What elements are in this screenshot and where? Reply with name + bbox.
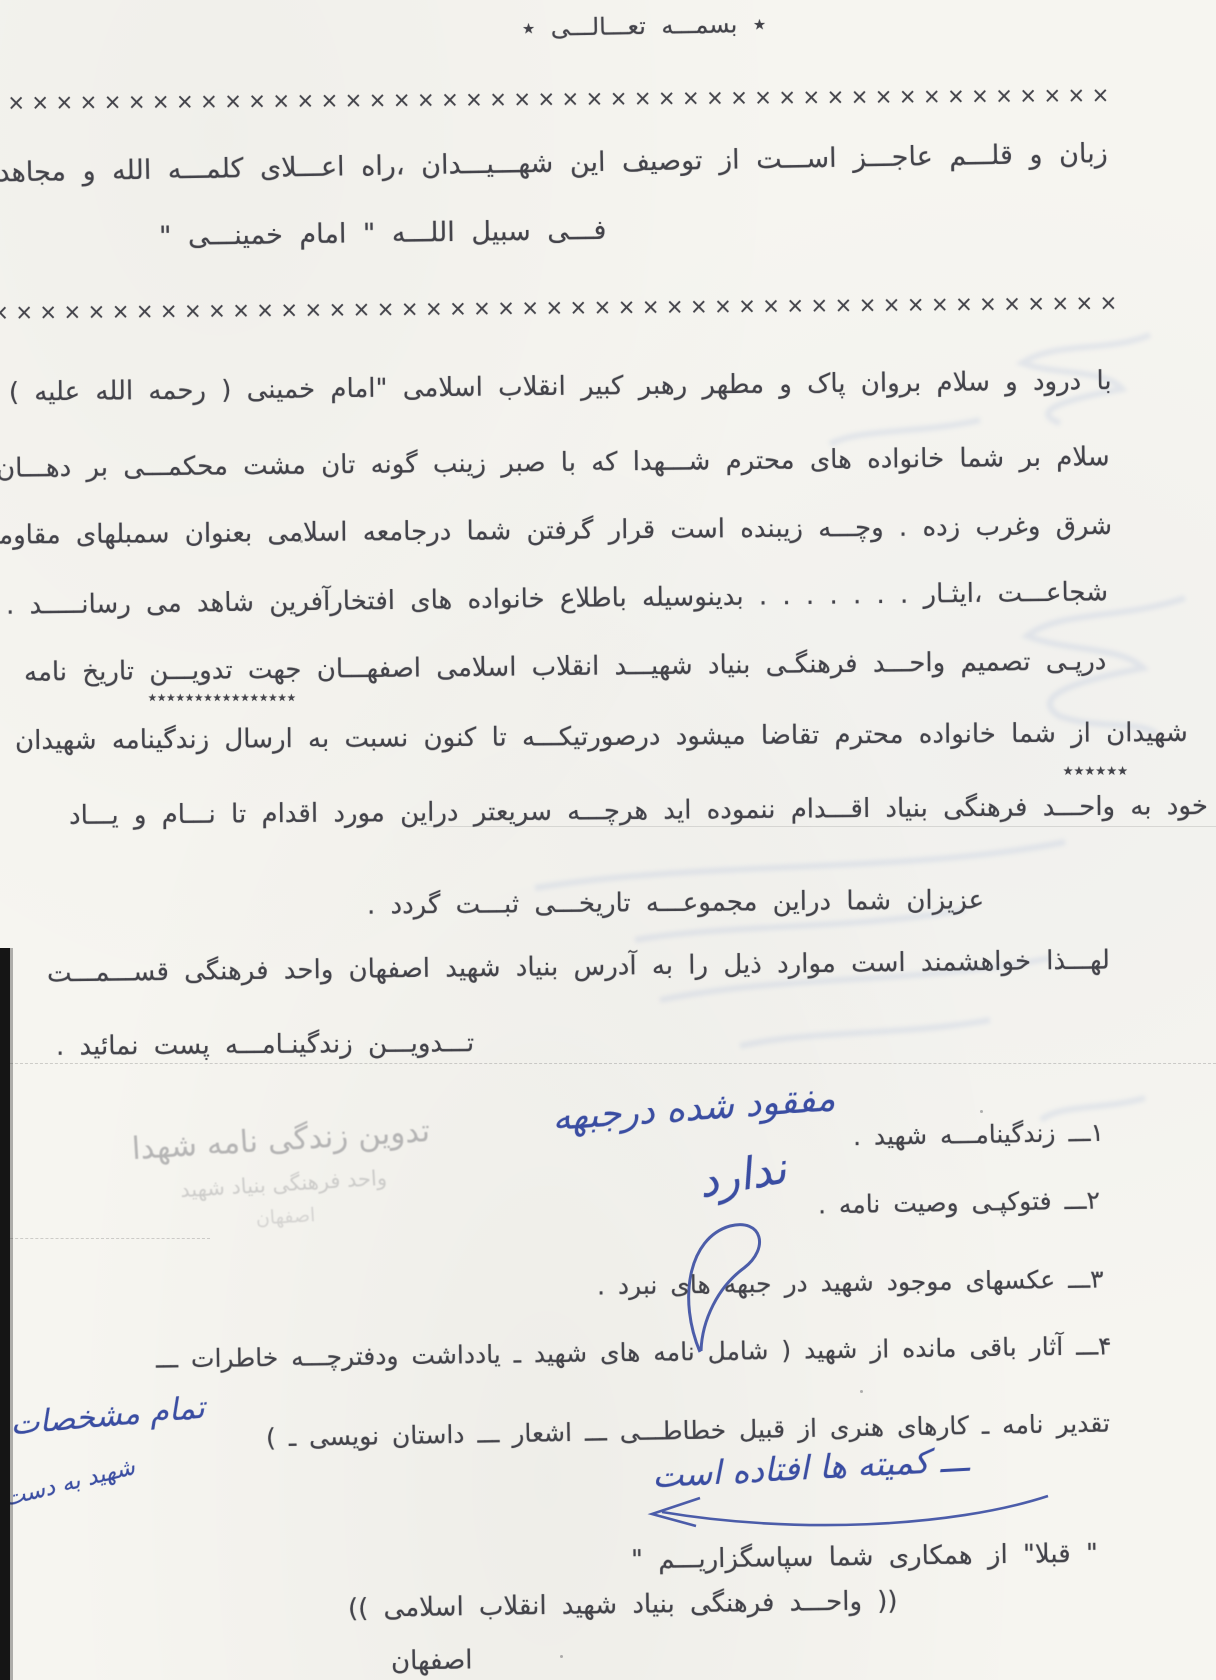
blue-margin-note-1: تمام مشخصات xyxy=(9,1390,206,1443)
scan-edge-shadow xyxy=(0,948,10,1680)
signature-city: اصفهان xyxy=(390,1645,472,1676)
blue-annotation-line: ـــ کمیته ها افتاده است xyxy=(651,1440,970,1496)
list-item-4-line-1: ۴ـــ آثار باقی مانده از شهید ( شامل نامه… xyxy=(156,1331,1112,1373)
blue-margin-note-2: شهید به دست xyxy=(1,1454,138,1512)
quote-line-2: فـــی سبیل اللـــه " امام خمینـــی " xyxy=(158,215,606,252)
x-separator-middle: ××××××××××××××××××××××××××××××××××××××××… xyxy=(0,291,1124,328)
body-line-5: درپـی تصمیم واحـــد فرهنگـی بنیاد شهیـــ… xyxy=(24,646,1107,687)
body-line-3: شرق وغرب زده . وچـــه زیبنده است قرار گر… xyxy=(0,511,1112,551)
closing-line: " قبلا" از همکاری شما سپاسگزاریـــم " xyxy=(631,1539,1098,1576)
body-line-7: خود به واحـــد فرهنگی بنیاد اقـــدام ننم… xyxy=(69,791,1208,831)
paper-speck xyxy=(860,1390,863,1393)
body-line-4: شجاعـــت ،ایثـار . . . . . . . بدینوسیله… xyxy=(6,577,1108,620)
scan-edge-line xyxy=(10,948,13,1680)
body-line-10: تـــدویـــن زندگینـامـــه پست نمائید . xyxy=(56,1028,474,1062)
list-item-4-line-2: تقدیر نامه ـ کارهای هنری از قبیل خطاطـــ… xyxy=(266,1409,1110,1453)
office-stamp: تدوین زندگی نامه شهدا واحد فرهنگی بنیاد … xyxy=(85,1110,481,1240)
bismillah-header: ٭ بسمـــه تعـــالـــی ٭ xyxy=(522,10,766,42)
fold-crease-2 xyxy=(0,1063,1216,1064)
x-separator-top: ××××××××××××××××××××××××××××××××××××××××… xyxy=(0,83,1116,117)
list-item-1: ۱ـــ زندگینامـــه شهید . xyxy=(853,1118,1104,1151)
star-separator-left: ٭٭٭٭٭٭٭٭٭٭٭٭٭٭٭٭ xyxy=(148,688,296,708)
scanned-letter-page: ٭ بسمـــه تعـــالـــی ٭ ××××××××××××××××… xyxy=(0,0,1216,1680)
body-line-6: شهیدان از شما خانواده محترم تقاضا میشود … xyxy=(15,718,1188,756)
blue-arrow-flourish xyxy=(652,1496,1048,1526)
fold-crease-3 xyxy=(0,1238,210,1239)
list-item-2: ۲ـــ فتوکپـی وصیت نامه . xyxy=(818,1186,1100,1220)
list-item-2-handwritten-note: ندارد xyxy=(694,1143,790,1209)
list-item-3: ۳ـــ عکسهای موجود شهید در جبهه های نبرد … xyxy=(597,1264,1104,1300)
quote-line-1: زبان و قلـــم عاجـــز اســـت از توصیف ای… xyxy=(0,138,1108,189)
body-line-1: با درود و سلام بروان پاک و مطهر رهبر کبی… xyxy=(0,366,1112,408)
paper-speck xyxy=(300,540,303,543)
fold-crease-1 xyxy=(426,826,1216,827)
body-line-9: لهـــذا خواهشمند است موارد ذیل را به آدر… xyxy=(47,946,1110,989)
body-line-8: عزیزان شما دراین مجموعـــه تاریخـــی ثبـ… xyxy=(367,885,984,920)
signature-line: (( واحـــد فرهنگی بنیاد شهید انقلاب اسلا… xyxy=(348,1586,898,1624)
stamp-line-1: تدوین زندگی نامه شهدا xyxy=(85,1110,476,1170)
paper-speck xyxy=(980,1110,983,1113)
list-item-1-handwritten-note: مفقود شده درجبهه xyxy=(551,1078,837,1139)
star-separator-right: ٭٭٭٭٭٭ xyxy=(1063,758,1128,782)
body-line-2: سلام بر شما خانواده های محترم شـــهدا که… xyxy=(0,442,1110,484)
paper-speck xyxy=(560,1655,563,1658)
